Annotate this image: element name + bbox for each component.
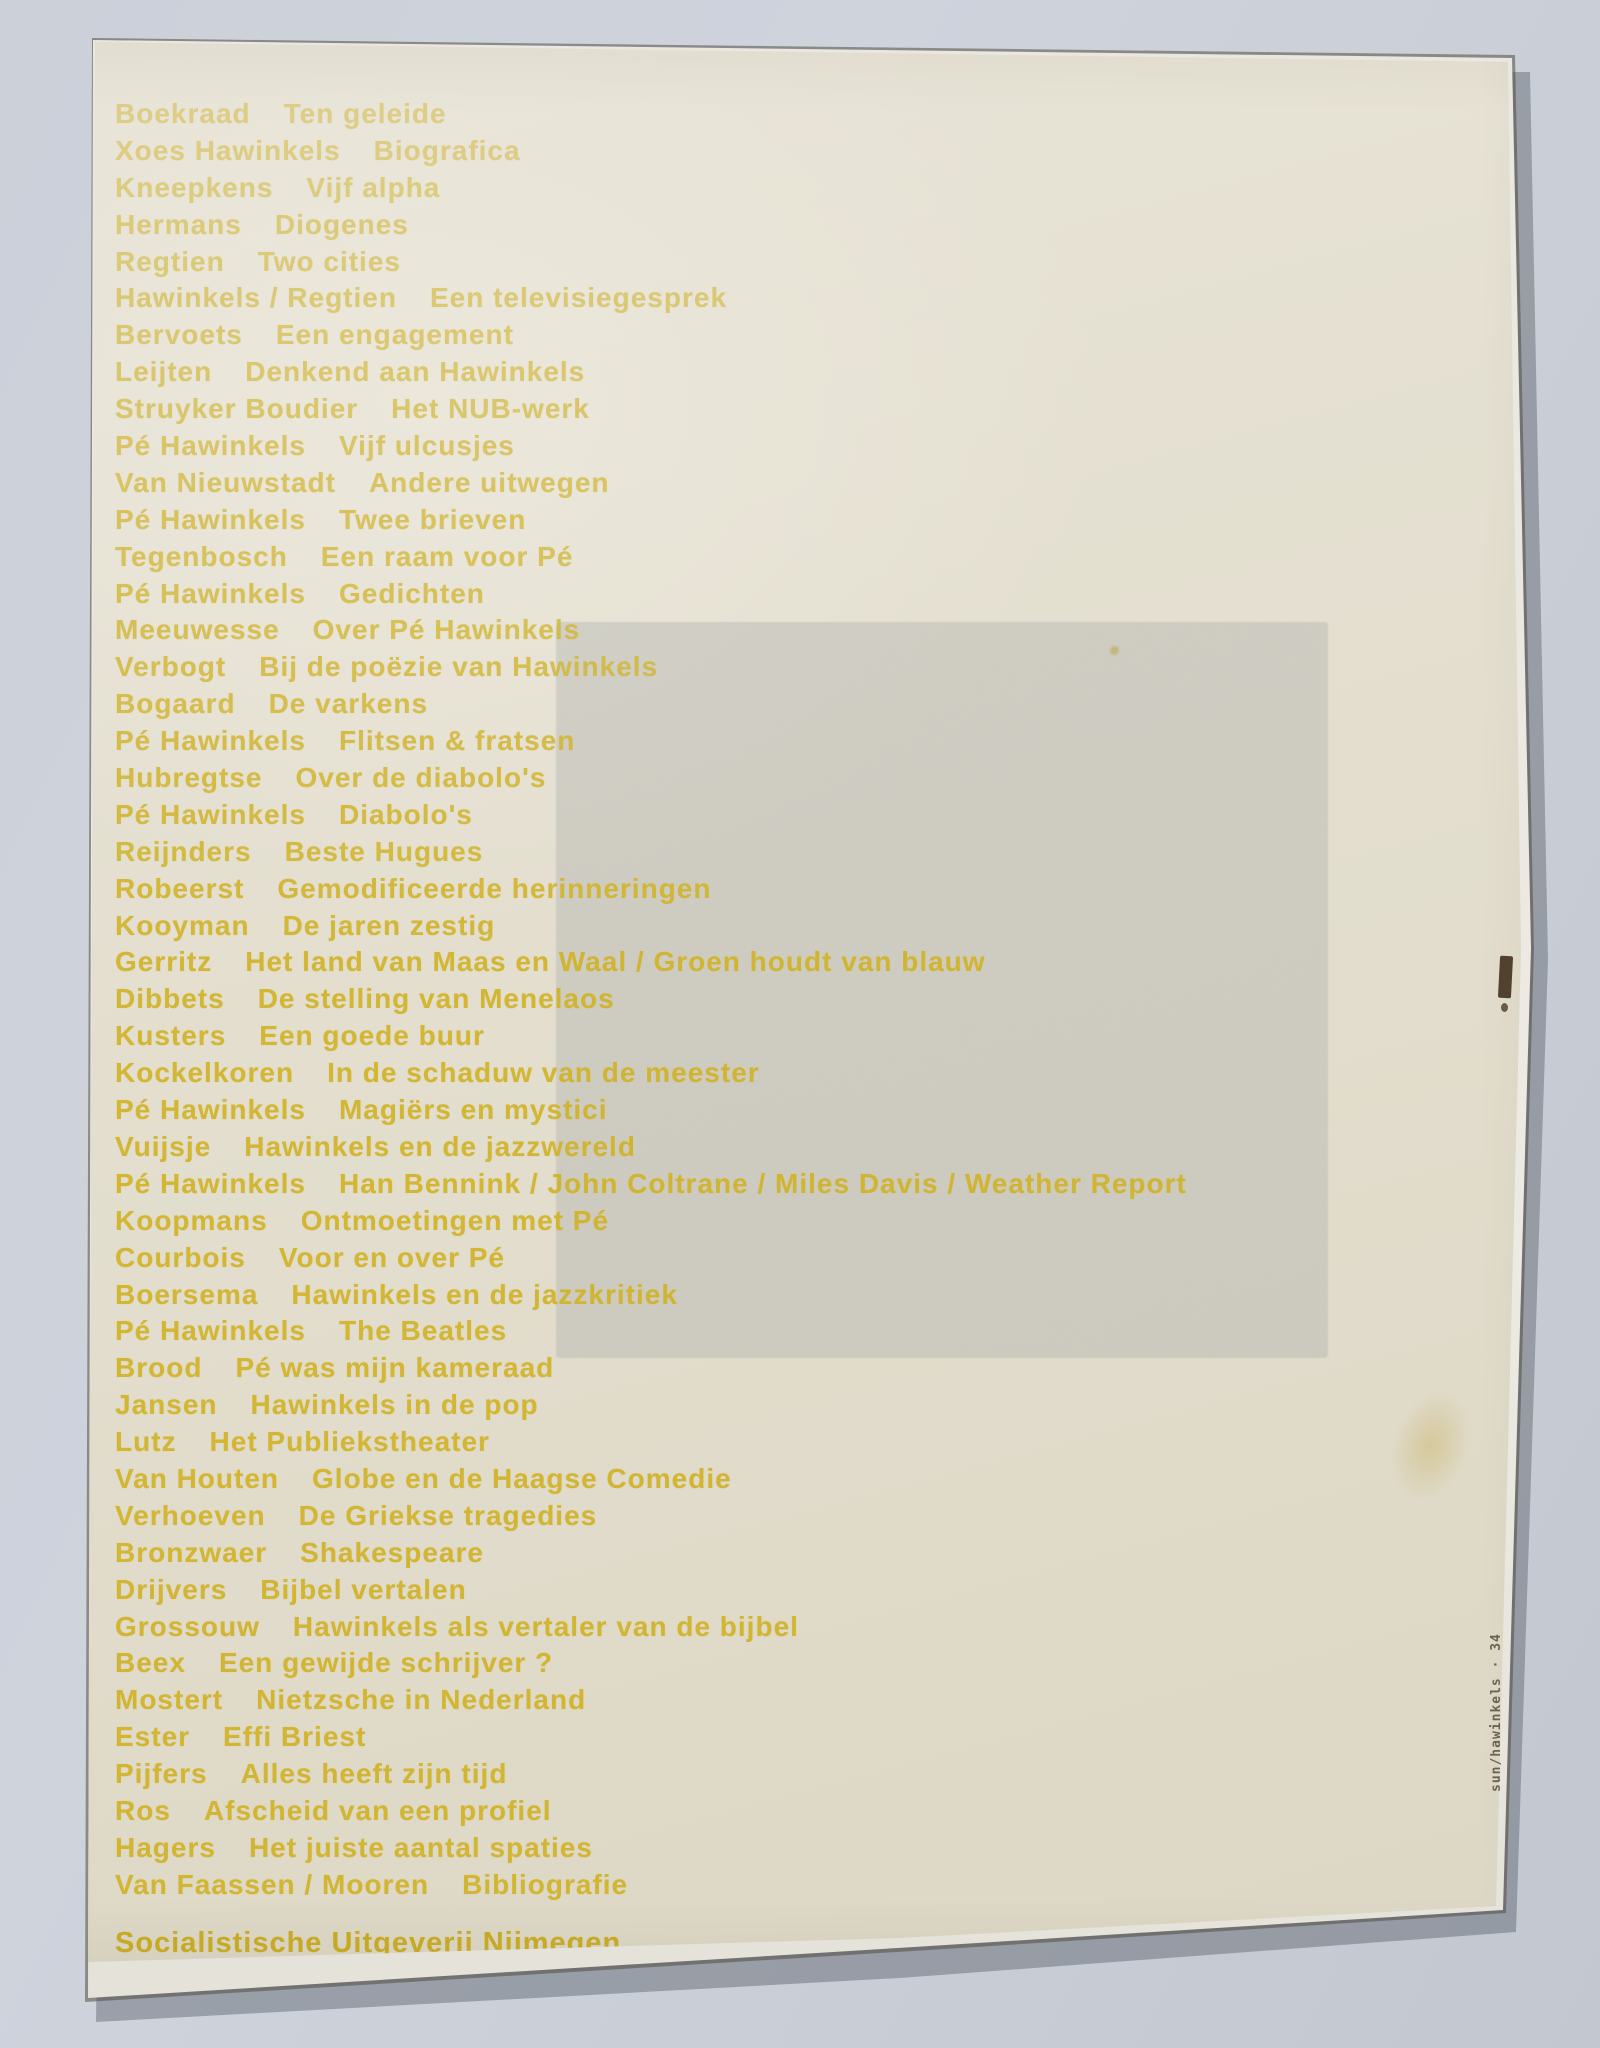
toc-author: Drijvers <box>115 1574 227 1605</box>
toc-title: Twee brieven <box>339 504 526 535</box>
toc-row: LutzHet Publiekstheater <box>115 1424 1187 1461</box>
toc-author: Dibbets <box>115 983 225 1014</box>
toc-title: Hawinkels als vertaler van de bijbel <box>293 1611 799 1642</box>
toc-title: Ontmoetingen met Pé <box>301 1205 609 1236</box>
table-of-contents: BoekraadTen geleideXoes HawinkelsBiograf… <box>115 96 1187 1904</box>
toc-row: BronzwaerShakespeare <box>115 1535 1187 1572</box>
toc-row: Pé HawinkelsThe Beatles <box>115 1313 1187 1350</box>
toc-author: Bogaard <box>115 688 236 719</box>
toc-row: EsterEffi Briest <box>115 1719 1187 1756</box>
toc-row: MeeuwesseOver Pé Hawinkels <box>115 612 1187 649</box>
toc-row: VerbogtBij de poëzie van Hawinkels <box>115 649 1187 686</box>
toc-title: Vijf alpha <box>306 172 440 203</box>
toc-title: Een televisiegesprek <box>430 282 727 313</box>
toc-row: GerritzHet land van Maas en Waal / Groen… <box>115 944 1187 981</box>
toc-author: Ros <box>115 1795 171 1826</box>
toc-title: Het juiste aantal spaties <box>249 1832 593 1863</box>
toc-author: Pé Hawinkels <box>115 725 306 756</box>
toc-row: DrijversBijbel vertalen <box>115 1572 1187 1609</box>
toc-row: KooymanDe jaren zestig <box>115 908 1187 945</box>
toc-title: Een gewijde schrijver ? <box>219 1647 553 1678</box>
toc-author: Hermans <box>115 209 242 240</box>
toc-title: Globe en de Haagse Comedie <box>312 1463 732 1494</box>
toc-title: Bij de poëzie van Hawinkels <box>259 651 658 682</box>
toc-author: Bervoets <box>115 319 243 350</box>
toc-row: HubregtseOver de diabolo's <box>115 760 1187 797</box>
edge-speck <box>84 1182 87 1190</box>
toc-author: Reijnders <box>115 836 252 867</box>
toc-title: Gemodificeerde herinneringen <box>277 873 711 904</box>
toc-row: ReijndersBeste Hugues <box>115 834 1187 871</box>
toc-row: Hawinkels / RegtienEen televisiegesprek <box>115 280 1187 317</box>
toc-row: Struyker BoudierHet NUB-werk <box>115 391 1187 428</box>
toc-title: Hawinkels en de jazzwereld <box>244 1131 636 1162</box>
toc-row: CourboisVoor en over Pé <box>115 1240 1187 1277</box>
toc-author: Van Houten <box>115 1463 279 1494</box>
toc-title: Two cities <box>258 246 401 277</box>
toc-row: BroodPé was mijn kameraad <box>115 1350 1187 1387</box>
toc-author: Beex <box>115 1647 186 1678</box>
toc-title: Bijbel vertalen <box>260 1574 466 1605</box>
toc-row: BoersemaHawinkels en de jazzkritiek <box>115 1277 1187 1314</box>
toc-row: BogaardDe varkens <box>115 686 1187 723</box>
toc-row: KneepkensVijf alpha <box>115 170 1187 207</box>
toc-author: Lutz <box>115 1426 177 1457</box>
toc-title: Een goede buur <box>259 1020 485 1051</box>
toc-title: Effi Briest <box>223 1721 366 1752</box>
toc-row: Van Faassen / MoorenBibliografie <box>115 1867 1187 1904</box>
toc-title: In de schaduw van de meester <box>327 1057 760 1088</box>
toc-title: Shakespeare <box>300 1537 484 1568</box>
toc-row: RosAfscheid van een profiel <box>115 1793 1187 1830</box>
toc-author: Hubregtse <box>115 762 262 793</box>
toc-title: Voor en over Pé <box>279 1242 505 1273</box>
toc-title: Han Bennink / John Coltrane / Miles Davi… <box>339 1168 1187 1199</box>
toc-author: Verbogt <box>115 651 226 682</box>
toc-author: Koopmans <box>115 1205 268 1236</box>
toc-row: Pé HawinkelsVijf ulcusjes <box>115 428 1187 465</box>
toc-author: Verhoeven <box>115 1500 266 1531</box>
toc-author: Jansen <box>115 1389 218 1420</box>
toc-row: DibbetsDe stelling van Menelaos <box>115 981 1187 1018</box>
toc-author: Courbois <box>115 1242 246 1273</box>
toc-row: Pé HawinkelsGedichten <box>115 576 1187 613</box>
toc-title: Nietzsche in Nederland <box>256 1684 586 1715</box>
toc-row: MostertNietzsche in Nederland <box>115 1682 1187 1719</box>
tape-residue-mark <box>1498 956 1513 999</box>
toc-author: Kneepkens <box>115 172 273 203</box>
toc-title: De stelling van Menelaos <box>258 983 615 1014</box>
toc-row: Pé HawinkelsFlitsen & fratsen <box>115 723 1187 760</box>
toc-row: BervoetsEen engagement <box>115 317 1187 354</box>
toc-author: Brood <box>115 1352 202 1383</box>
toc-author: Pé Hawinkels <box>115 1094 306 1125</box>
toc-author: Gerritz <box>115 946 212 977</box>
toc-author: Pé Hawinkels <box>115 504 306 535</box>
toc-author: Ester <box>115 1721 190 1752</box>
toc-row: VerhoevenDe Griekse tragedies <box>115 1498 1187 1535</box>
toc-row: PijfersAlles heeft zijn tijd <box>115 1756 1187 1793</box>
toc-title: Het Publiekstheater <box>210 1426 490 1457</box>
toc-row: BeexEen gewijde schrijver ? <box>115 1645 1187 1682</box>
toc-title: Diabolo's <box>339 799 473 830</box>
toc-title: Alles heeft zijn tijd <box>241 1758 508 1789</box>
toc-title: Andere uitwegen <box>369 467 610 498</box>
toc-title: Over de diabolo's <box>295 762 546 793</box>
toc-row: Xoes HawinkelsBiografica <box>115 133 1187 170</box>
toc-author: Robeerst <box>115 873 244 904</box>
toc-author: Pé Hawinkels <box>115 430 306 461</box>
toc-author: Van Nieuwstadt <box>115 467 336 498</box>
toc-author: Kusters <box>115 1020 226 1051</box>
toc-row: JansenHawinkels in de pop <box>115 1387 1187 1424</box>
toc-title: Hawinkels en de jazzkritiek <box>291 1279 678 1310</box>
toc-title: Een engagement <box>276 319 514 350</box>
toc-title: Ten geleide <box>284 98 447 129</box>
toc-row: Pé HawinkelsHan Bennink / John Coltrane … <box>115 1166 1187 1203</box>
toc-row: Van NieuwstadtAndere uitwegen <box>115 465 1187 502</box>
toc-author: Boekraad <box>115 98 251 129</box>
toc-title: De jaren zestig <box>283 910 496 941</box>
toc-author: Mostert <box>115 1684 223 1715</box>
toc-row: BoekraadTen geleide <box>115 96 1187 133</box>
toc-author: Boersema <box>115 1279 258 1310</box>
toc-author: Hawinkels / Regtien <box>115 282 397 313</box>
toc-title: De varkens <box>269 688 428 719</box>
toc-author: Struyker Boudier <box>115 393 358 424</box>
toc-title: Gedichten <box>339 578 485 609</box>
toc-author: Regtien <box>115 246 225 277</box>
yellow-stain <box>1379 1381 1484 1510</box>
toc-author: Tegenbosch <box>115 541 288 572</box>
toc-title: Het land van Maas en Waal / Groen houdt … <box>245 946 985 977</box>
toc-title: Diogenes <box>275 209 409 240</box>
toc-author: Pé Hawinkels <box>115 799 306 830</box>
spine-mark: sun/hawinkels · 34 <box>1489 1633 1504 1792</box>
toc-title: Het NUB-werk <box>391 393 590 424</box>
toc-author: Van Faassen / Mooren <box>115 1869 429 1900</box>
toc-title: De Griekse tragedies <box>299 1500 598 1531</box>
toc-author: Meeuwesse <box>115 614 280 645</box>
toc-row: TegenboschEen raam voor Pé <box>115 539 1187 576</box>
toc-author: Pé Hawinkels <box>115 578 306 609</box>
edge-speck <box>81 560 85 571</box>
toc-title: Beste Hugues <box>285 836 484 867</box>
toc-row: KockelkorenIn de schaduw van de meester <box>115 1055 1187 1092</box>
toc-author: Pé Hawinkels <box>115 1168 306 1199</box>
toc-author: Hagers <box>115 1832 216 1863</box>
toc-row: KoopmansOntmoetingen met Pé <box>115 1203 1187 1240</box>
toc-author: Kooyman <box>115 910 250 941</box>
toc-author: Pijfers <box>115 1758 208 1789</box>
toc-author: Grossouw <box>115 1611 260 1642</box>
toc-author: Xoes Hawinkels <box>115 135 341 166</box>
toc-title: The Beatles <box>339 1315 507 1346</box>
toc-title: Denkend aan Hawinkels <box>245 356 585 387</box>
toc-title: Pé was mijn kameraad <box>235 1352 554 1383</box>
toc-row: KustersEen goede buur <box>115 1018 1187 1055</box>
toc-row: Pé HawinkelsMagiërs en mystici <box>115 1092 1187 1129</box>
book-back-cover: BoekraadTen geleideXoes HawinkelsBiograf… <box>0 0 1600 2048</box>
toc-row: VuijsjeHawinkels en de jazzwereld <box>115 1129 1187 1166</box>
toc-title: Afscheid van een profiel <box>204 1795 552 1826</box>
toc-row: Pé HawinkelsTwee brieven <box>115 502 1187 539</box>
toc-title: Over Pé Hawinkels <box>313 614 581 645</box>
toc-title: Hawinkels in de pop <box>251 1389 539 1420</box>
toc-row: HermansDiogenes <box>115 207 1187 244</box>
toc-title: Vijf ulcusjes <box>339 430 515 461</box>
toc-row: GrossouwHawinkels als vertaler van de bi… <box>115 1609 1187 1646</box>
toc-row: Pé HawinkelsDiabolo's <box>115 797 1187 834</box>
toc-title: Bibliografie <box>462 1869 628 1900</box>
toc-row: HagersHet juiste aantal spaties <box>115 1830 1187 1867</box>
toc-title: Biografica <box>374 135 521 166</box>
toc-author: Bronzwaer <box>115 1537 267 1568</box>
toc-author: Leijten <box>115 356 212 387</box>
toc-row: RegtienTwo cities <box>115 244 1187 281</box>
toc-row: RobeerstGemodificeerde herinneringen <box>115 871 1187 908</box>
toc-row: Van HoutenGlobe en de Haagse Comedie <box>115 1461 1187 1498</box>
toc-title: Een raam voor Pé <box>321 541 574 572</box>
toc-author: Vuijsje <box>115 1131 211 1162</box>
tape-residue-speck <box>1501 1003 1508 1012</box>
toc-row: LeijtenDenkend aan Hawinkels <box>115 354 1187 391</box>
toc-title: Flitsen & fratsen <box>339 725 575 756</box>
toc-title: Magiërs en mystici <box>339 1094 608 1125</box>
toc-author: Pé Hawinkels <box>115 1315 306 1346</box>
toc-author: Kockelkoren <box>115 1057 294 1088</box>
